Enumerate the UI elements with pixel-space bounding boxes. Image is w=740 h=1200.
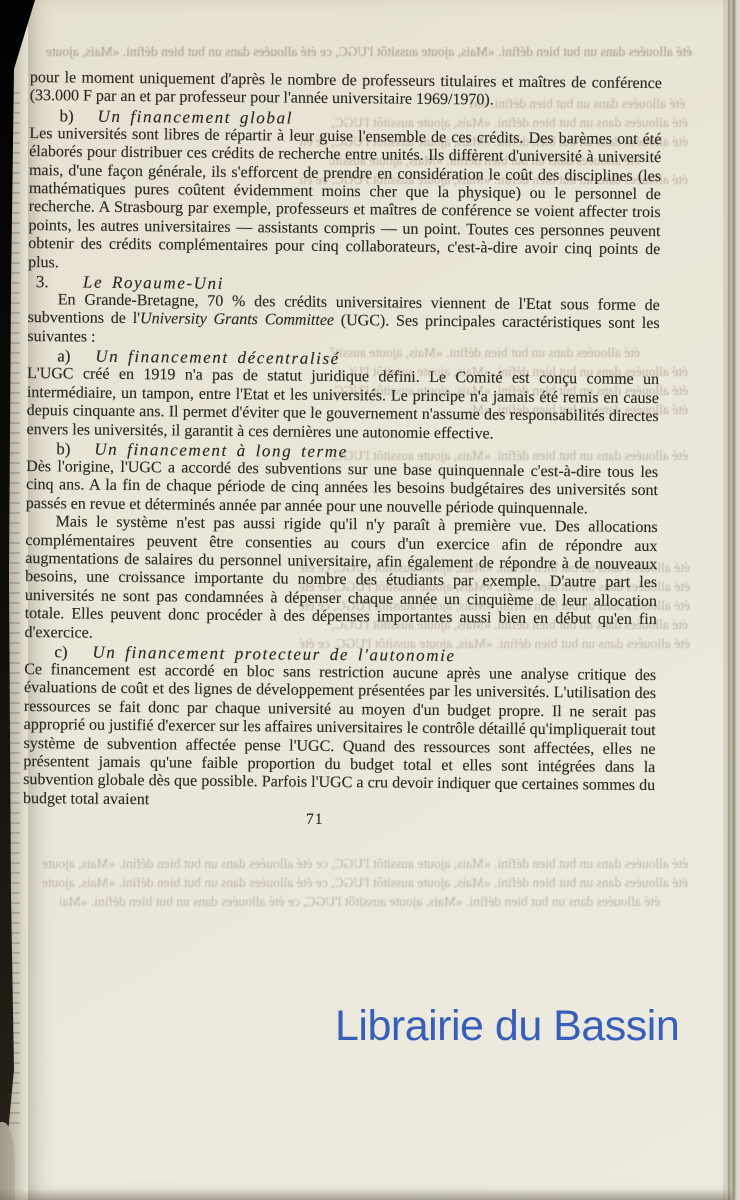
paragraph-financement-protecteur: Ce financement est accordé en bloc sans … bbox=[23, 661, 656, 814]
heading-title: Un financement global bbox=[97, 107, 293, 128]
photo-bottom-shadow bbox=[0, 1189, 732, 1200]
heading-title: Le Royaume-Uni bbox=[83, 273, 224, 293]
heading-label: a) bbox=[57, 347, 95, 366]
paragraph-royaume-uni: En Grande-Bretagne, 70 % des crédits uni… bbox=[27, 291, 660, 352]
heading-title: Un financement décentralisé bbox=[95, 347, 340, 368]
ugc-italic-name: University Grants Committee bbox=[140, 311, 334, 330]
continuation-paragraph: pour le moment uniquement d'après le nom… bbox=[30, 69, 662, 112]
paragraph-long-terme-1: Dès l'origine, l'UGC a accordé des subve… bbox=[26, 458, 659, 519]
heading-label: b) bbox=[59, 106, 97, 125]
heading-label: c) bbox=[54, 642, 92, 661]
paragraph-financement-global: Les universités sont libres de répartir … bbox=[28, 125, 661, 278]
book-page-photo: été allouées dans un but bien défini. «M… bbox=[0, 0, 740, 1200]
page-stack-right-edge bbox=[722, 0, 740, 1200]
paragraph-long-terme-2: Mais le système n'est pas aussi rigide q… bbox=[25, 513, 658, 648]
heading-label: 3. bbox=[36, 272, 83, 291]
heading-label: b) bbox=[56, 439, 94, 458]
heading-title: Un financement à long terme bbox=[94, 440, 348, 461]
printed-text-block: pour le moment uniquement d'après le nom… bbox=[23, 69, 662, 833]
bookseller-watermark: Librairie du Bassin bbox=[335, 1002, 679, 1050]
paragraph-financement-decentralise: L'UGC créé en 1919 n'a pas de statut jur… bbox=[26, 365, 659, 445]
